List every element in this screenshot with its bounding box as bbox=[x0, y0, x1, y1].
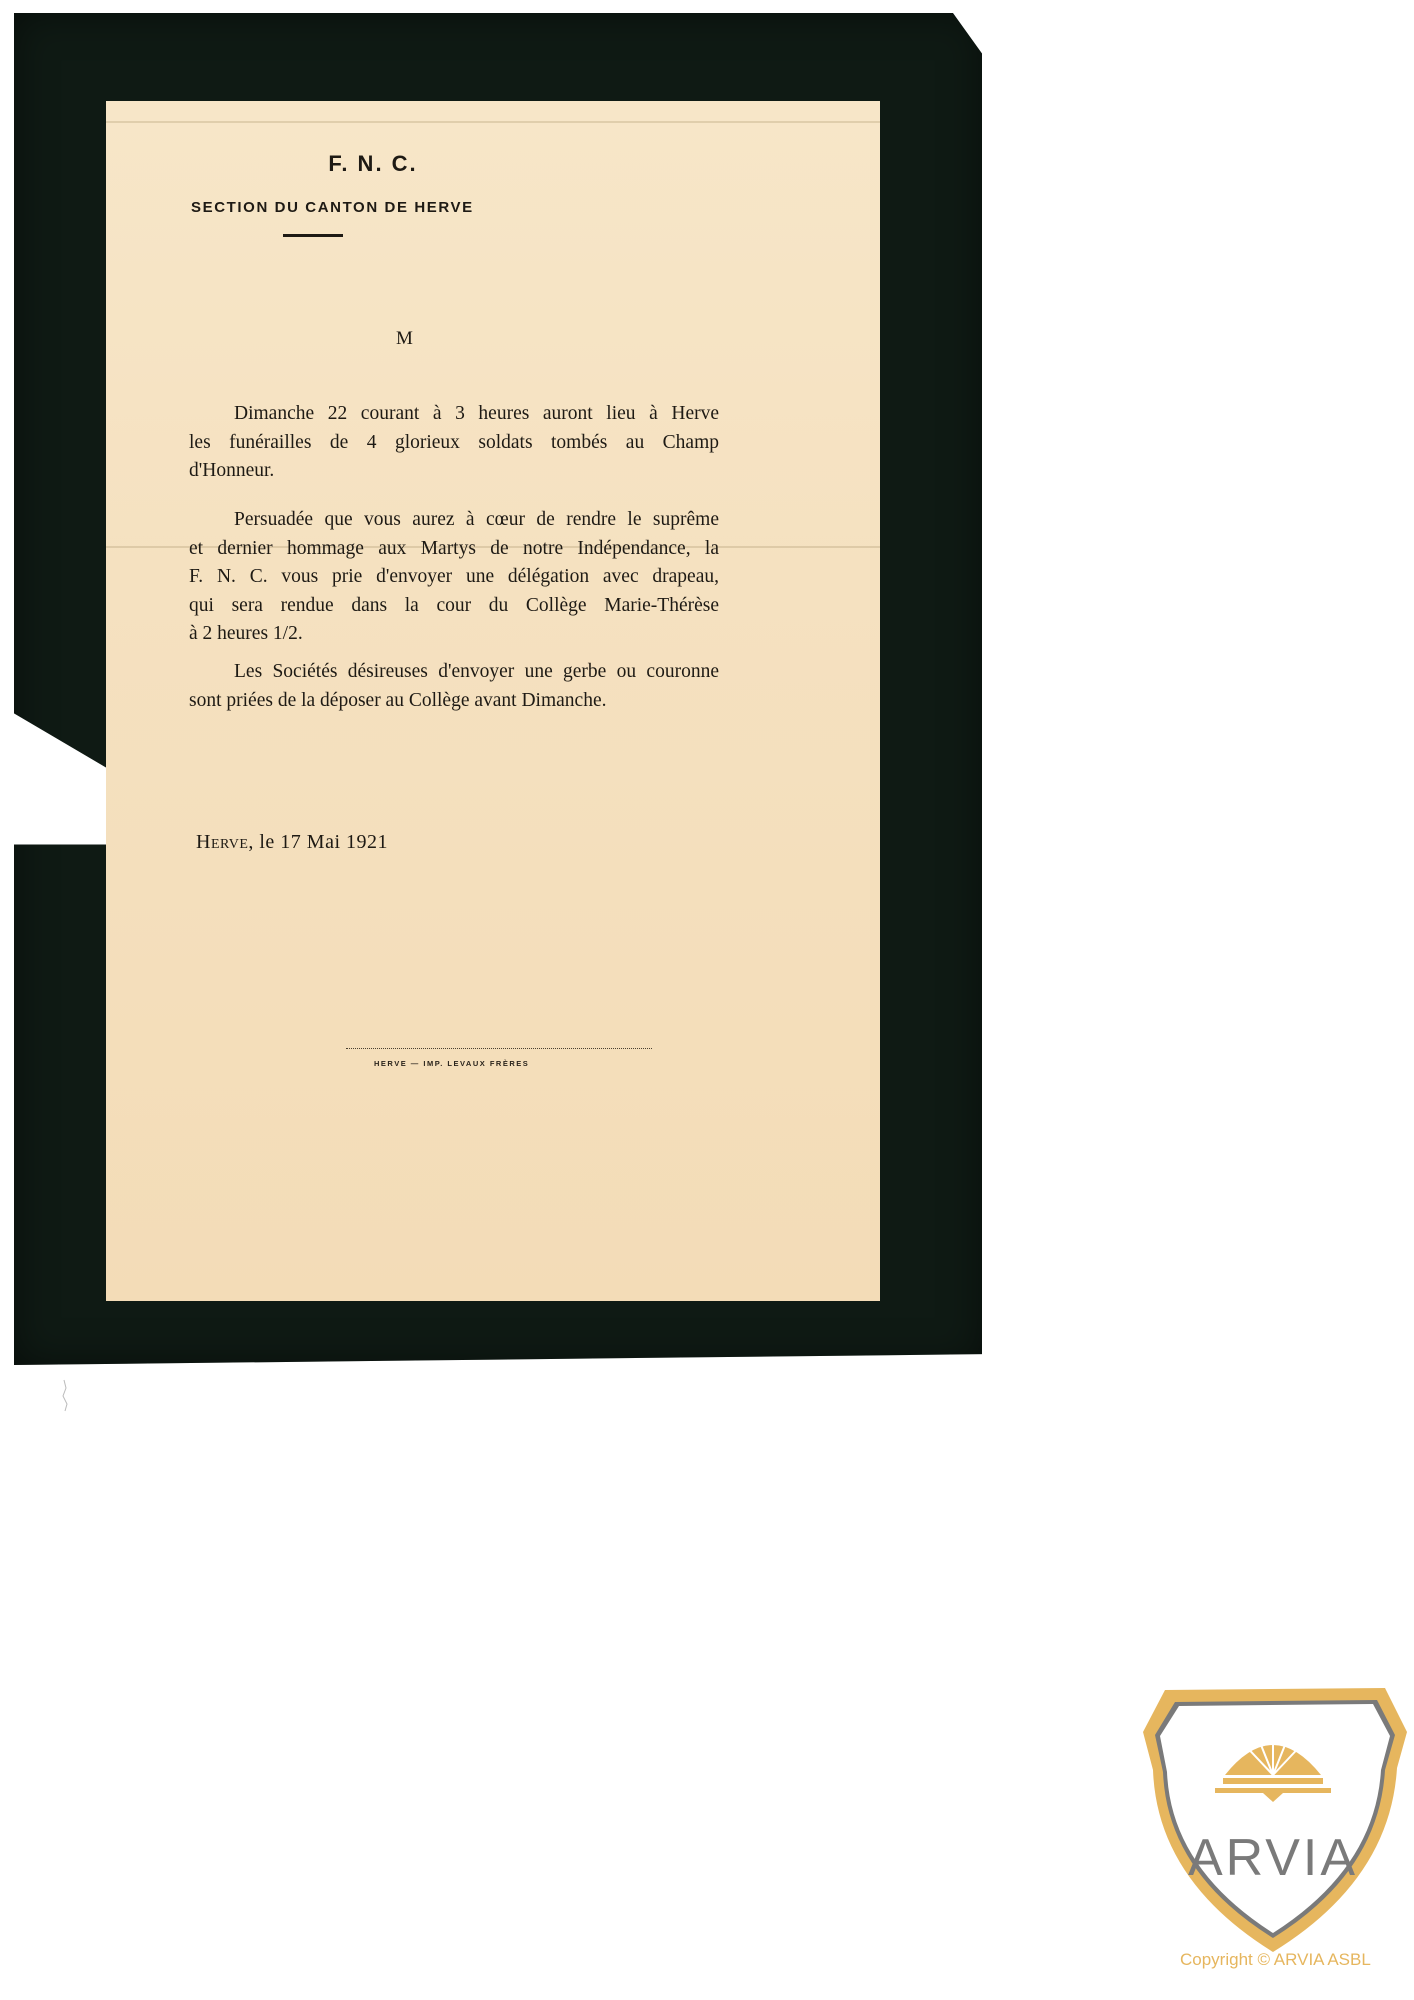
dateline-place: Herve bbox=[196, 831, 248, 853]
organization-title: F. N. C. bbox=[298, 151, 448, 177]
paragraph-funeral-announcement: Dimanche 22 courant à 3 heures auront li… bbox=[189, 403, 719, 489]
text-line: à 2 heures 1/2. bbox=[189, 623, 719, 652]
text-line: sont priées de la déposer au Collège ava… bbox=[189, 690, 719, 719]
printer-dotted-rule bbox=[346, 1048, 652, 1049]
salutation: M bbox=[396, 328, 413, 350]
document-page: F. N. C. SECTION DU CANTON DE HERVE M Di… bbox=[106, 101, 880, 1301]
section-subtitle: SECTION DU CANTON DE HERVE bbox=[191, 199, 474, 216]
dateline: Herve, le 17 Mai 1921 bbox=[196, 831, 388, 854]
paragraph-wreath-instructions: Les Sociétés désireuses d'envoyer une ge… bbox=[189, 661, 719, 718]
dust-speck-icon bbox=[60, 1378, 70, 1413]
printer-imprint: HERVE — IMP. LEVAUX FRÈRES bbox=[374, 1059, 529, 1068]
logo-wordmark: ARVIA bbox=[1188, 1829, 1358, 1887]
copyright-notice: Copyright © ARVIA ASBL bbox=[1180, 1950, 1371, 1970]
header-divider bbox=[283, 234, 343, 237]
text-line: qui sera rendue dans la cour du Collège … bbox=[189, 595, 719, 624]
arvia-shield-logo-icon: ARVIA bbox=[1135, 1660, 1410, 1960]
paragraph-delegation-request: Persuadée que vous aurez à cœur de rendr… bbox=[189, 509, 719, 652]
text-line: Persuadée que vous aurez à cœur de rendr… bbox=[189, 509, 719, 538]
text-line: les funérailles de 4 glorieux soldats to… bbox=[189, 432, 719, 461]
text-line: d'Honneur. bbox=[189, 460, 719, 489]
text-line: F. N. C. vous prie d'envoyer une délégat… bbox=[189, 566, 719, 595]
text-line: et dernier hommage aux Martys de notre I… bbox=[189, 538, 719, 567]
text-line: Dimanche 22 courant à 3 heures auront li… bbox=[189, 403, 719, 432]
text-line: Les Sociétés désireuses d'envoyer une ge… bbox=[189, 661, 719, 690]
dateline-date: , le 17 Mai 1921 bbox=[248, 831, 388, 853]
paper-crease bbox=[106, 121, 880, 123]
